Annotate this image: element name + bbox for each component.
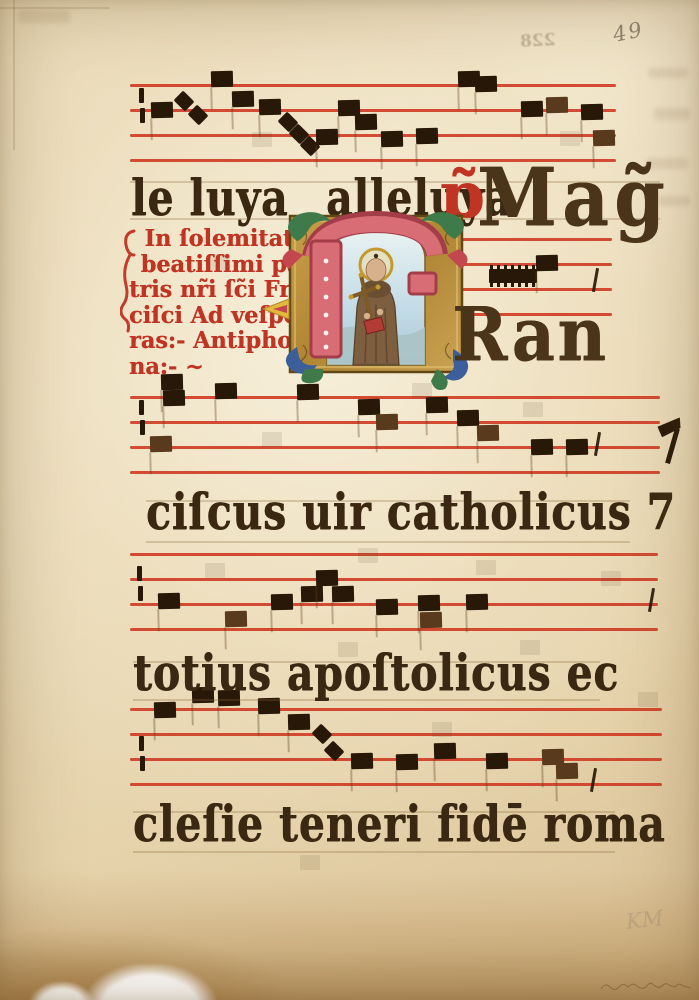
show-through-neume: [638, 692, 658, 707]
staff-line: [130, 396, 660, 399]
damage-white-patch: [30, 982, 94, 1000]
show-through-neume: [432, 722, 452, 737]
neume-sq: [301, 586, 323, 603]
page-edge-crease: [0, 7, 110, 9]
manuscript-page: 228 49 le luya alleluya p̃ Mag̃ In ſolem…: [0, 0, 699, 1000]
neume-sq: [351, 753, 373, 770]
clef-mark: [138, 586, 143, 601]
neume-sq: [316, 570, 338, 587]
clef-mark: [139, 400, 144, 415]
show-through-neume: [412, 383, 432, 398]
neume-sq: [215, 383, 237, 400]
neume-sq: [376, 599, 398, 616]
neume-sq: [150, 436, 172, 453]
neume-sq: [416, 128, 438, 145]
show-through-neume: [252, 132, 272, 147]
staff-line: [130, 628, 658, 631]
neume-sq: [581, 104, 603, 121]
clef-mark: [140, 108, 145, 123]
show-through-neume: [476, 560, 496, 575]
damage-white-patch: [84, 964, 216, 1000]
show-through-neume: [205, 563, 225, 578]
neume-sq: [232, 91, 254, 108]
rubric-line: beatiſſimi pa: [129, 252, 307, 278]
show-through-neume: [601, 571, 621, 586]
illuminated-initial-F: [287, 213, 465, 375]
staff-line: [130, 733, 662, 736]
neume-sq: [486, 753, 508, 770]
neume-sq: [566, 439, 588, 456]
show-through-smudge: [648, 68, 688, 78]
lyric-line-1-left: le luya: [131, 168, 288, 227]
rubric-line: tris nr̃i ſc̃i Fra: [129, 277, 307, 303]
neume-sq: [355, 114, 377, 131]
neume-sq: [158, 593, 180, 610]
neume-sq: [211, 71, 233, 88]
staff-line: [130, 708, 662, 711]
staff-line: [130, 134, 616, 137]
neume-sq: [426, 397, 448, 414]
staff-line: [130, 578, 658, 581]
neume-lg: [489, 269, 537, 283]
neume-sq: [396, 754, 418, 771]
neume-sq: [358, 399, 380, 416]
neume-sq: [259, 99, 281, 116]
neume-sq: [297, 384, 319, 401]
neume-cu: [658, 420, 686, 466]
neume-sq: [536, 255, 558, 272]
inked-signature-mark: [599, 979, 695, 995]
neume-sq: [271, 594, 293, 611]
neume-sq: [316, 129, 338, 146]
neume-di: [312, 724, 333, 745]
clef-mark: [137, 566, 142, 581]
neume-sq: [151, 102, 173, 119]
staff-line: [130, 84, 616, 87]
clef-mark: [139, 736, 144, 751]
staff-line: [130, 471, 660, 474]
show-through-neume: [262, 432, 282, 447]
staff-line: [456, 288, 612, 291]
neume-sq: [556, 763, 578, 780]
show-through-neume: [560, 131, 580, 146]
show-through-number: 228: [520, 30, 556, 52]
show-through-neume: [523, 402, 543, 417]
neume-sq: [546, 97, 568, 114]
neume-sq: [477, 425, 499, 442]
show-through-neume: [358, 548, 378, 563]
neume-tick: [590, 768, 597, 792]
show-through-smudge: [18, 10, 70, 23]
neume-sq: [376, 414, 398, 431]
page-edge-crease: [13, 0, 15, 150]
neume-sq: [420, 612, 442, 629]
neume-sq: [381, 131, 403, 148]
text-ruling-line: [146, 541, 630, 543]
rubric-line: ras:- Antipho: [129, 328, 307, 354]
show-through-neume: [300, 855, 320, 870]
lyric-line-2: ciſcus uir catholicus 7: [146, 482, 676, 541]
lyric-line-4: cleſie teneri fidē roma: [133, 794, 666, 853]
neume-sq: [154, 702, 176, 719]
neume-sq: [531, 439, 553, 456]
neume-sq: [418, 595, 440, 612]
clef-mark: [139, 88, 144, 103]
folio-number: 49: [611, 17, 646, 47]
neume-di: [188, 105, 209, 126]
magnificat-abbreviation: Mag̃: [477, 150, 670, 244]
rubric-line: na:- ~: [129, 354, 307, 380]
pencil-monogram: KM: [625, 906, 665, 934]
neume-sq: [288, 714, 310, 731]
lyric-line-3: totius apoſtolicus ec: [133, 643, 619, 702]
lyric-initial-word: Ran: [452, 292, 609, 378]
show-through-smudge: [654, 108, 690, 120]
neume-sq: [457, 410, 479, 427]
staff-line: [130, 553, 658, 556]
neume-sq: [225, 611, 247, 628]
neume-sq: [475, 76, 497, 93]
neume-tick: [648, 588, 655, 612]
neume-sq: [466, 594, 488, 611]
rubric-line: In ſolemitate: [129, 226, 307, 252]
neume-sq: [163, 390, 185, 407]
neume-sq: [593, 130, 615, 147]
clef-mark: [140, 756, 145, 771]
neume-sq: [521, 101, 543, 118]
saint-francis-miniature: [287, 213, 465, 375]
neume-tick: [594, 432, 601, 456]
neume-sq: [332, 586, 354, 603]
clef-mark: [140, 420, 145, 435]
neume-sq: [434, 743, 456, 760]
